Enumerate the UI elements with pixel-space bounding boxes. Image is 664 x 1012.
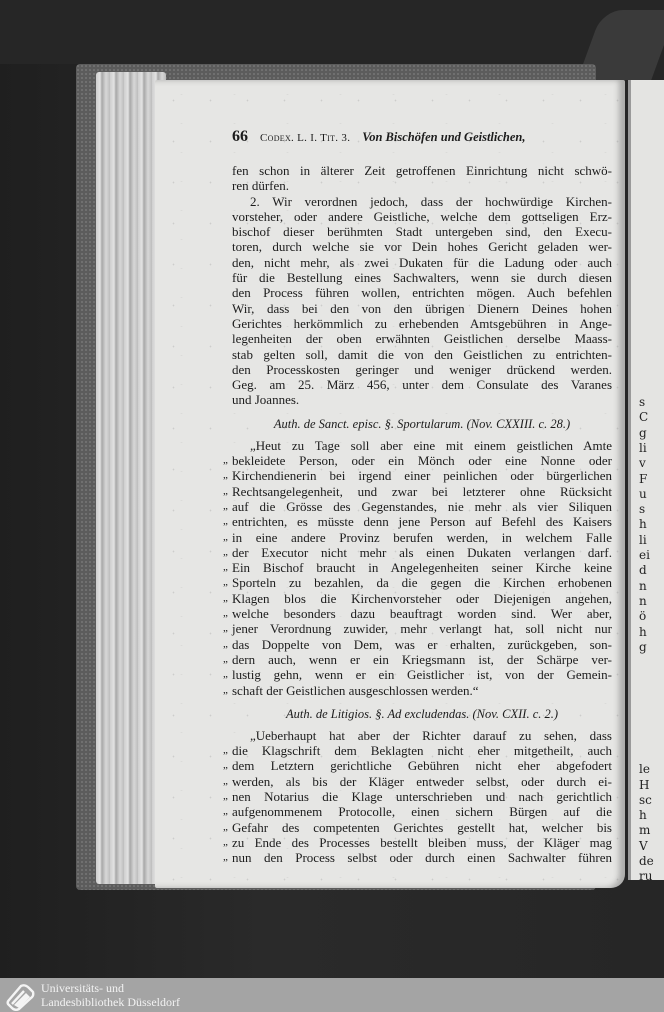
text-line: Ein Bischof braucht in Angelegenheiten s… [232,560,612,575]
text-line: aufgenommenem Protocolle, einen sichern … [232,804,612,819]
text-line: in eine andere Provinz berufen werden, i… [232,530,612,545]
adjacent-page-fragment: s [639,503,645,516]
text-line: dern auch, wenn er ein Kriegsmann ist, d… [232,652,612,667]
adjacent-page-fragment: de [639,855,654,868]
text-line: Gerichtes herkömmlich zu erhebenden Amts… [232,316,612,331]
library-name: Universitäts- und Landesbibliothek Düsse… [41,981,180,1009]
authentica-quote-2: „Ueberhaupt hat aber der Richter darauf … [232,728,612,866]
text-line: die Klagschrift dem Beklagten nicht eher… [232,743,612,758]
text-line: „Heut zu Tage soll aber eine mit einem g… [232,438,612,453]
paragraph-continuation: fen schon in älterer Zeit getroffenen Ei… [232,163,612,194]
text-line: den, nicht mehr, als zwei Dukaten für di… [232,255,612,270]
text-line: 2. Wir verordnen jedoch, dass der hochwü… [232,194,612,209]
text-line: Rechtsangelegenheit, und zwar bei letzte… [232,484,612,499]
adjacent-page-fragment: h [639,626,647,639]
book-logo-icon [3,978,37,1012]
adjacent-page-fragment: sc [639,794,652,807]
text-line: vorsteher, oder andere Geistliche, welch… [232,209,612,224]
adjacent-page-fragment: m [639,824,650,837]
text-line: Sporteln zu bezahlen, da die gegen die K… [232,575,612,590]
authentica-heading-2: Auth. de Litigios. §. Ad excludendas. (N… [232,704,612,724]
text-line: fen schon in älterer Zeit getroffenen Ei… [232,163,612,178]
text-line: nun den Process selbst oder durch einen … [232,850,612,865]
adjacent-page-fragment: li [639,534,647,547]
text-line: werden, als bis der Kläger entweder selb… [232,774,612,789]
text-line: toren, durch welche sie vor Dein hohes G… [232,239,612,254]
text-line: jener Verordnung zuwider, mehr verlangt … [232,621,612,636]
text-line: stab gelten soll, damit die von den Geis… [232,347,612,362]
adjacent-page-fragment: h [639,518,647,531]
adjacent-page-fragment: ö [639,610,646,623]
adjacent-page-fragment: h [639,809,647,822]
text-line: schaft der Geistlichen ausgeschlossen we… [232,683,612,698]
text-line: nen Notarius die Klage unterschrieben un… [232,789,612,804]
scan-top-background [0,0,664,64]
library-name-line-2: Landesbibliothek Düsseldorf [41,995,180,1009]
text-line: ren dürfen. [232,178,612,193]
adjacent-page-fragment: ei [639,549,650,562]
running-head: 66 Codex. L. I. Tit. 3. Von Bischöfen un… [232,128,612,152]
paragraph-section-2: 2. Wir verordnen jedoch, dass der hochwü… [232,194,612,408]
text-line: Klagen blos die Kirchenvorsteher oder Di… [232,591,612,606]
adjacent-page: sCglivFushlieidnnöhgleHschmVderu [628,80,664,880]
library-name-line-1: Universitäts- und [41,981,180,995]
adjacent-page-fragment: g [639,641,647,654]
text-line: Wir, dass bei den von den übrigen Diener… [232,301,612,316]
adjacent-page-fragment: s [639,396,645,409]
adjacent-page-fragment: le [639,763,650,776]
text-line: auf die Grösse des Gegenstandes, nie meh… [232,499,612,514]
text-line: den Process führen wollen, entrichten mö… [232,285,612,300]
running-head-codex: Codex. L. I. Tit. 3. [260,132,350,144]
adjacent-page-fragment: n [639,595,647,608]
adjacent-page-fragment: li [639,442,647,455]
text-line: dem Letztern gerichtliche Gebühren nicht… [232,758,612,773]
text-line: der Executor nicht mehr als einen Dukate… [232,545,612,560]
text-line: zu Ende des Processes bestellt bleiben m… [232,835,612,850]
text-line: „Ueberhaupt hat aber der Richter darauf … [232,728,612,743]
text-line: das Doppelte von Dem, was er erhalten, z… [232,637,612,652]
text-line: und Joannes. [232,392,612,407]
page-text: 66 Codex. L. I. Tit. 3. Von Bischöfen un… [232,128,612,865]
adjacent-page-fragment: ru [639,870,652,883]
text-line: bischof dieser berühmten Stadt untergebe… [232,224,612,239]
page-number: 66 [232,128,248,146]
authentica-quote-1: „Heut zu Tage soll aber eine mit einem g… [232,438,612,698]
adjacent-page-fragment: d [639,564,647,577]
running-head-title: Von Bischöfen und Geistlichen, [362,130,525,145]
adjacent-page-fragment: u [639,488,647,501]
text-line: entrichten, es müsste denn jene Person a… [232,514,612,529]
text-line: Gefahr des competenten Gerichtes gestell… [232,820,612,835]
adjacent-page-fragment: g [639,427,647,440]
adjacent-page-fragment: H [639,779,649,792]
adjacent-page-fragment: F [639,473,647,486]
adjacent-page-fragment: C [639,411,648,424]
text-line: legenheiten der oben erwähnten Geistlich… [232,331,612,346]
text-line: den Processkosten geringer und weniger d… [232,362,612,377]
text-line: bekleidete Person, oder ein Mönch oder e… [232,453,612,468]
adjacent-page-fragment: n [639,580,647,593]
text-line: Kirchendienerin bei irgend einer peinlic… [232,468,612,483]
text-line: für die Bestellung eines Sachwalters, we… [232,270,612,285]
authentica-heading-1: Auth. de Sanct. episc. §. Sportularum. (… [232,414,612,434]
text-line: welche besonders dazu beauftragt worden … [232,606,612,621]
adjacent-page-fragment: v [639,457,646,470]
adjacent-page-fragment: V [639,840,648,853]
text-line: Geg. am 25. März 456, unter dem Consulat… [232,377,612,392]
text-line: lustig gehn, wenn er ein Geistlicher ist… [232,667,612,682]
library-footer: Universitäts- und Landesbibliothek Düsse… [0,978,664,1012]
